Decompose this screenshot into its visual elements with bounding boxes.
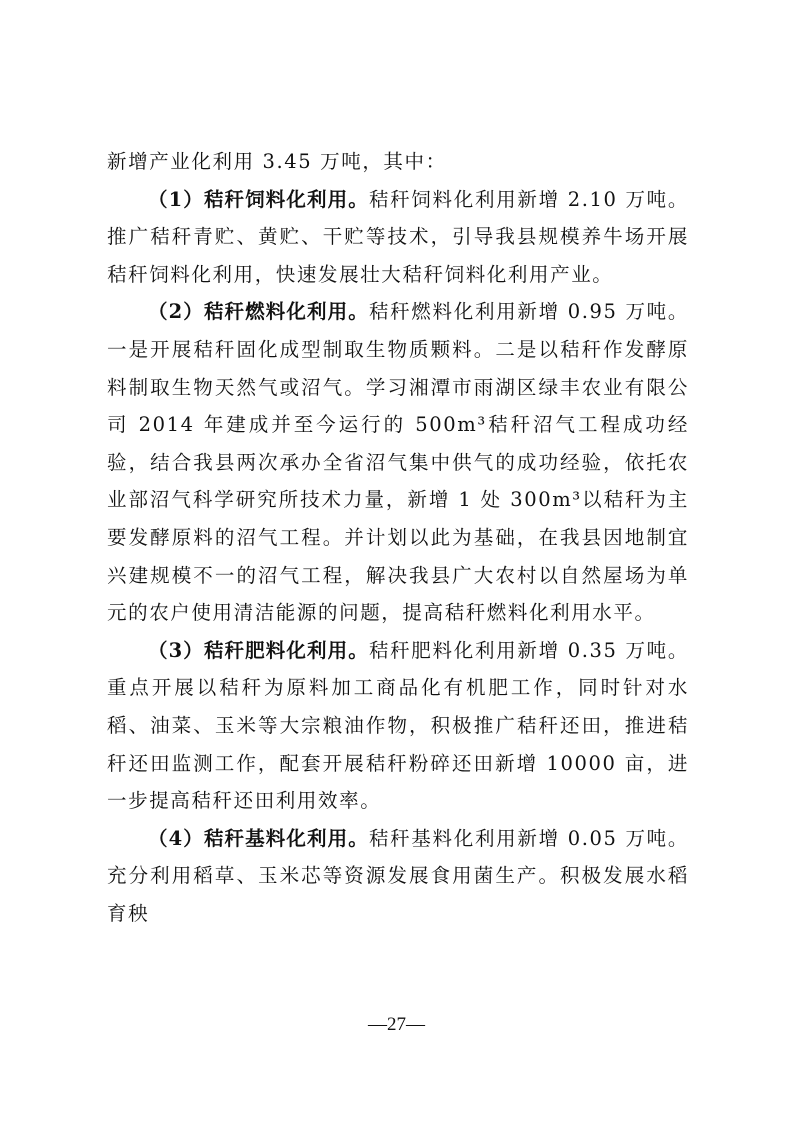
section-heading: （3）秸秆肥料化利用。	[148, 639, 369, 662]
section-heading: （1）秸秆饲料化利用。	[148, 188, 369, 211]
section-heading: （2）秸秆燃料化利用。	[148, 300, 369, 323]
section-feed-utilization: （1）秸秆饲料化利用。秸秆饲料化利用新增 2.10 万吨。推广秸秆青贮、黄贮、干…	[107, 181, 689, 294]
page-body: 新增产业化利用 3.45 万吨，其中： （1）秸秆饲料化利用。秸秆饲料化利用新增…	[107, 143, 689, 932]
section-fuel-utilization: （2）秸秆燃料化利用。秸秆燃料化利用新增 0.95 万吨。一是开展秸秆固化成型制…	[107, 293, 689, 631]
intro-paragraph: 新增产业化利用 3.45 万吨，其中：	[107, 143, 689, 181]
page-number: —27—	[0, 1014, 793, 1036]
section-body: 秸秆肥料化利用新增 0.35 万吨。重点开展以秸秆为原料加工商品化有机肥工作，同…	[107, 639, 689, 812]
section-fertilizer-utilization: （3）秸秆肥料化利用。秸秆肥料化利用新增 0.35 万吨。重点开展以秸秆为原料加…	[107, 632, 689, 820]
section-substrate-utilization: （4）秸秆基料化利用。秸秆基料化利用新增 0.05 万吨。充分利用稻草、玉米芯等…	[107, 820, 689, 933]
section-heading: （4）秸秆基料化利用。	[148, 827, 369, 850]
section-body: 秸秆燃料化利用新增 0.95 万吨。一是开展秸秆固化成型制取生物质颗料。二是以秸…	[107, 300, 689, 624]
